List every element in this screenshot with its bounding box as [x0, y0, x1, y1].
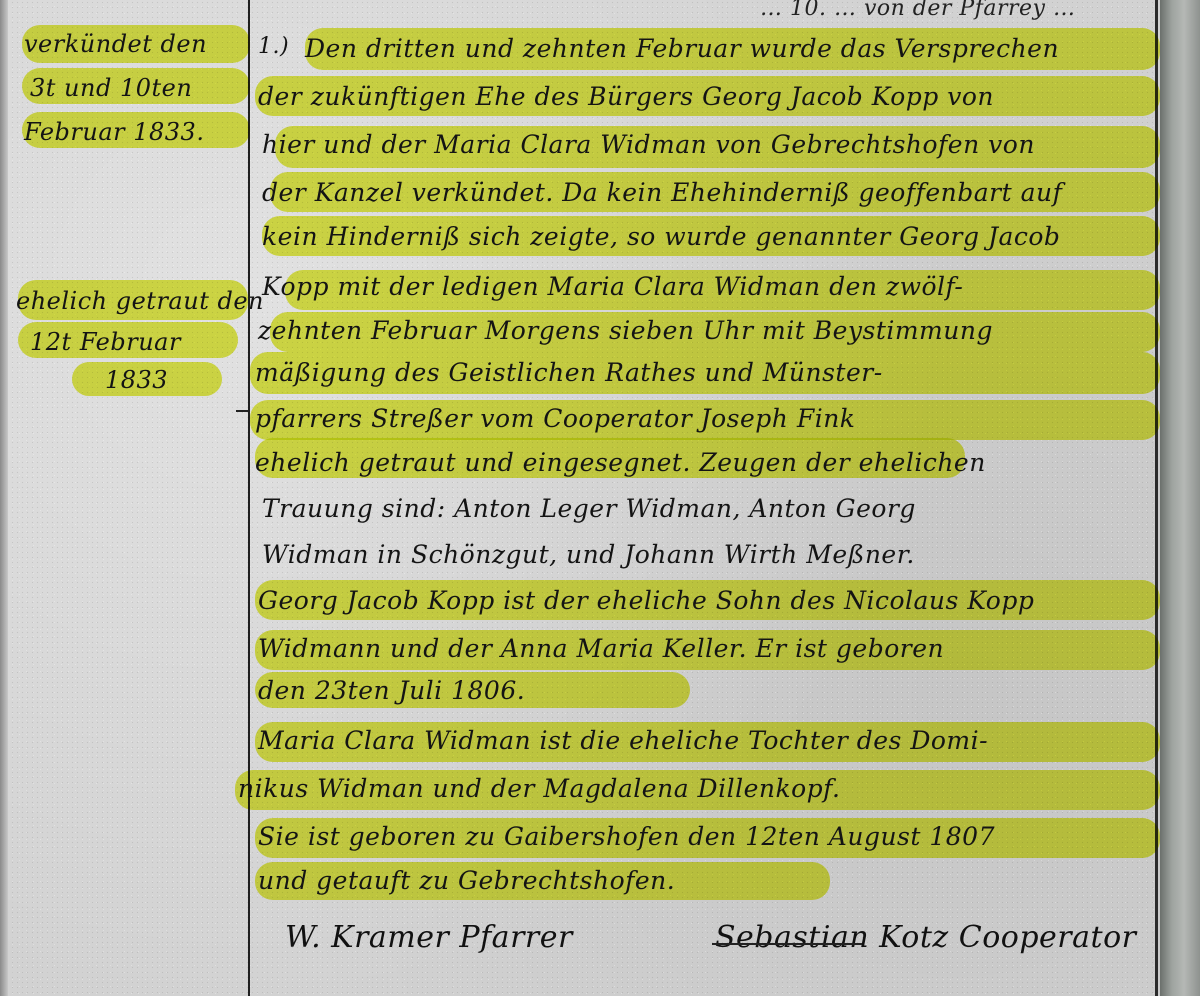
margin-note-line: 3t und 10ten	[30, 74, 192, 102]
entry-line: zehnten Februar Morgens sieben Uhr mit B…	[258, 316, 993, 345]
margin-note-line: 12t Februar	[30, 328, 181, 356]
entry-line: mäßigung des Geistlichen Rathes und Müns…	[255, 358, 883, 387]
entry-line: Georg Jacob Kopp ist der eheliche Sohn d…	[258, 586, 1034, 615]
entry-line: den 23ten Juli 1806.	[258, 676, 525, 705]
signature-pastor: W. Kramer Pfarrer	[285, 920, 573, 955]
entry-line: Sie ist geboren zu Gaibershofen den 12te…	[258, 822, 995, 851]
margin-column-rule	[248, 0, 250, 996]
previous-entry-fragment: … 10. … von der Pfarrey …	[760, 0, 1075, 21]
entry-line: Widman in Schönzgut, und Johann Wirth Me…	[262, 540, 915, 569]
signature-cooperator: Sebastian Kotz Cooperator	[715, 920, 1137, 955]
entry-line: der zukünftigen Ehe des Bürgers Georg Ja…	[258, 82, 994, 111]
entry-line: Maria Clara Widman ist die eheliche Toch…	[258, 726, 988, 755]
page-right-edge	[1160, 0, 1200, 996]
scanned-register-page: … 10. … von der Pfarrey … verkündet den …	[0, 0, 1200, 996]
page-left-edge	[0, 0, 8, 996]
entry-line: Widmann und der Anna Maria Keller. Er is…	[258, 634, 944, 663]
margin-note-line: verkündet den	[24, 30, 207, 58]
entry-line: Trauung sind: Anton Leger Widman, Anton …	[262, 494, 916, 523]
margin-dash	[236, 410, 248, 412]
margin-note-line: 1833	[105, 366, 168, 394]
signature-name: W. Kramer	[285, 920, 449, 955]
entry-line: und getauft zu Gebrechtshofen.	[258, 866, 675, 895]
entry-line: kein Hinderniß sich zeigte, so wurde gen…	[262, 222, 1060, 251]
entry-line: hier und der Maria Clara Widman von Gebr…	[262, 130, 1035, 159]
margin-note-line: ehelich getraut den	[16, 287, 264, 315]
entry-line: der Kanzel verkündet. Da kein Ehehindern…	[262, 178, 1062, 207]
entry-line: Den dritten und zehnten Februar wurde da…	[305, 34, 1059, 63]
entry-line: nikus Widman und der Magdalena Dillenkop…	[238, 774, 840, 803]
entry-line: Kopp mit der ledigen Maria Clara Widman …	[262, 272, 963, 301]
signature-title: Cooperator	[959, 920, 1137, 955]
signature-strike-line	[712, 943, 862, 945]
entry-line: ehelich getraut und eingesegnet. Zeugen …	[255, 448, 986, 477]
signature-name: Sebastian Kotz	[715, 920, 949, 955]
entry-line: pfarrers Streßer vom Cooperator Joseph F…	[255, 404, 855, 433]
signature-title: Pfarrer	[459, 920, 572, 955]
entry-number: 1.)	[258, 34, 289, 59]
margin-note-line: Februar 1833.	[24, 118, 204, 146]
